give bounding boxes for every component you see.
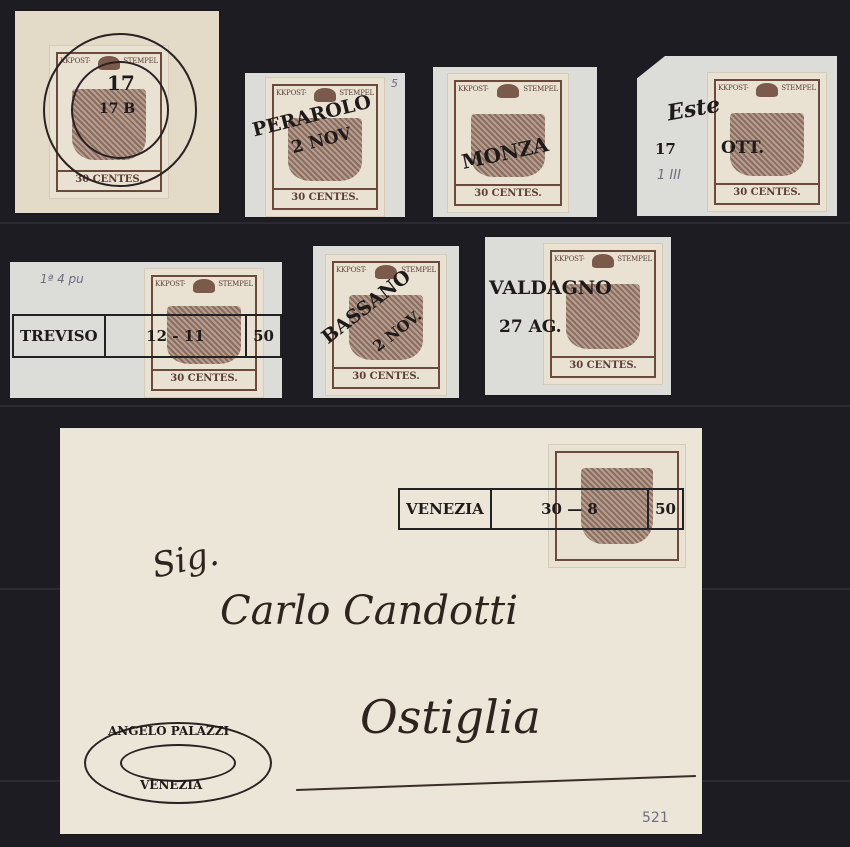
cancel-subtext: 27 AG. bbox=[499, 317, 562, 337]
pencil-note: 1ª 4 pu bbox=[40, 272, 84, 286]
sender-city: VENEZIA bbox=[140, 778, 202, 792]
cancel-text: VALDAGNO bbox=[489, 277, 612, 299]
stamp-piece-2: KKPOST-STEMPEL 30 CENTES. PERAROLO 2 NOV… bbox=[245, 73, 405, 217]
cancel-date: 17 bbox=[655, 140, 676, 158]
stamp-piece-3: KKPOST-STEMPEL 30 CENTES. MONZA bbox=[433, 67, 597, 217]
sender-oval-inner bbox=[120, 744, 236, 782]
cancel-text: 17 bbox=[107, 71, 135, 95]
address-salutation: Sig. bbox=[149, 533, 223, 586]
pencil-note: 1 III bbox=[657, 168, 681, 183]
cancel-subtext: 17 B bbox=[99, 101, 135, 117]
sender-name: ANGELO PALAZZI bbox=[108, 724, 229, 738]
address-name: Carlo Candotti bbox=[220, 588, 518, 634]
stamp-piece-7: KKPOST-STEMPEL 30 CENTES. VALDAGNO 27 AG… bbox=[485, 237, 671, 395]
postal-cover: VENEZIA 30 — 8 50 Sig. Carlo Candotti Os… bbox=[60, 428, 702, 834]
address-town: Ostiglia bbox=[360, 690, 541, 744]
stamp-piece-4: KKPOST-STEMPEL 30 CENTES. Este 17 OTT. 1… bbox=[637, 56, 837, 216]
venezia-boxed-cancel: VENEZIA 30 — 8 50 bbox=[398, 488, 684, 530]
cancel-month: OTT. bbox=[721, 138, 764, 158]
stamp-piece-6: KKPOST-STEMPEL 30 CENTES. BASSANO 2 NOV. bbox=[313, 246, 459, 398]
stamp-piece-1: KKPOST-STEMPEL 30 CENTES. 17 17 B bbox=[15, 11, 219, 213]
stamp-piece-5: KKPOST-STEMPEL 30 CENTES. TREVISO 12 - 1… bbox=[10, 262, 282, 398]
address-underline bbox=[296, 775, 696, 791]
stamp: KKPOST-STEMPEL 30 CENTES. bbox=[543, 243, 663, 385]
pencil-lot-number: 521 bbox=[642, 810, 669, 826]
stockpage-strip bbox=[0, 405, 850, 407]
stockpage-strip bbox=[0, 222, 850, 224]
boxed-cancel: TREVISO 12 - 11 50 bbox=[12, 314, 282, 358]
pencil-note: 5 bbox=[391, 77, 398, 90]
